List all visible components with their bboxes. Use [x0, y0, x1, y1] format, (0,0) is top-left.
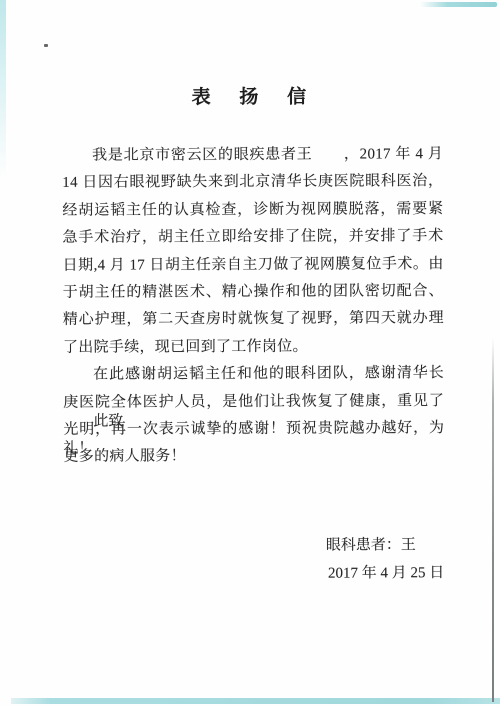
letter-title: 表 扬 信: [0, 81, 499, 110]
scanned-letter-page: 表 扬 信 我是北京市密云区的眼疾患者王 ，2017 年 4 月 14 日因右眼…: [0, 0, 500, 707]
signature-line: 眼科患者：王: [326, 532, 416, 560]
letter-paragraph-1: 我是北京市密云区的眼疾患者王 ，2017 年 4 月 14 日因右眼视野缺失来到…: [62, 141, 444, 362]
date-line: 2017 年 4 月 25 日: [328, 560, 444, 588]
closing-salutation: 此致: [63, 409, 123, 437]
letter-content: 表 扬 信 我是北京市密云区的眼疾患者王 ，2017 年 4 月 14 日因右眼…: [0, 0, 500, 707]
closing-respect: 礼！: [63, 436, 93, 464]
